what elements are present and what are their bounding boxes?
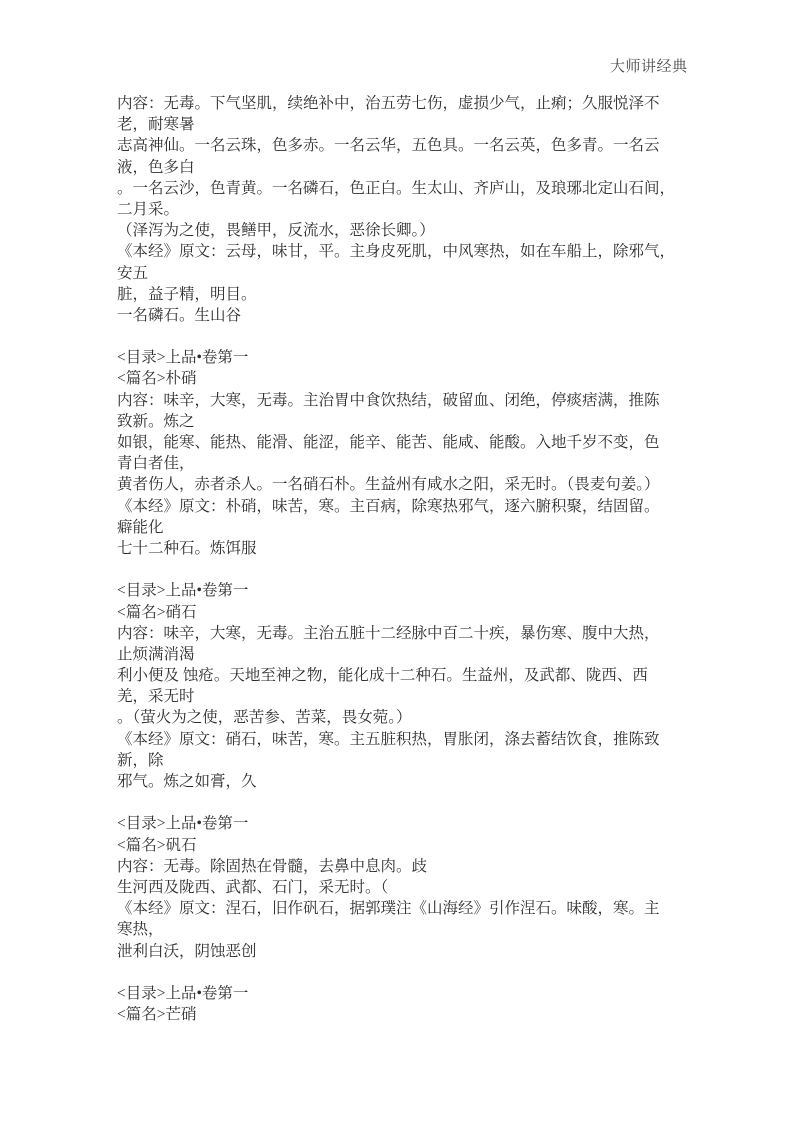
text-line: 脏，益子精，明目。 [117, 284, 689, 305]
section-toc-line: <目录>上品•卷第一 [117, 580, 689, 601]
text-line: 羌，采无时 [117, 686, 689, 707]
text-line: 志高神仙。一名云珠，色多赤。一名云华，五色具。一名云英，色多青。一名云 [117, 135, 689, 156]
section-title-line: <篇名>芒硝 [117, 1004, 689, 1025]
text-line: 《本经》原文：云母，味甘，平。主身皮死肌，中风寒热，如在车船上，除邪气， [117, 241, 689, 262]
section-title-line: <篇名>硝石 [117, 602, 689, 623]
text-line: 癖能化 [117, 517, 689, 538]
text-line: 。（萤火为之使，恶苦参、苦菜，畏女菀。） [117, 707, 689, 728]
text-line: 内容：无毒。下气坚肌，续绝补中，治五劳七伤，虚损少气，止痢；久服悦泽不 [117, 93, 689, 114]
text-line: 青白者佳， [117, 453, 689, 474]
text-line: （泽泻为之使，畏鳝甲，反流水，恶徐长卿。） [117, 220, 689, 241]
text-line: 泄利白沃，阴蚀恶创 [117, 941, 689, 962]
page-header-title: 大师讲经典 [610, 55, 688, 76]
section-title-line: <篇名>朴硝 [117, 368, 689, 389]
document-page: 大师讲经典 内容：无毒。下气坚肌，续绝补中，治五劳七伤，虚损少气，止痢；久服悦泽… [0, 0, 793, 1122]
text-line: 内容：无毒。除固热在骨髓，去鼻中息肉。歧 [117, 856, 689, 877]
text-line: 生河西及陇西、武都、石门，采无时。（ [117, 877, 689, 898]
section-toc-line: <目录>上品•卷第一 [117, 813, 689, 834]
blank-line [117, 962, 689, 983]
text-line: 寒热， [117, 919, 689, 940]
text-line: 邪气。炼之如膏，久 [117, 771, 689, 792]
text-line: 液，色多白 [117, 157, 689, 178]
text-line: 《本经》原文：硝石，味苦，寒。主五脏积热，胃胀闭，涤去蓄结饮食，推陈致 [117, 729, 689, 750]
section-toc-line: <目录>上品•卷第一 [117, 983, 689, 1004]
text-line: 新，除 [117, 750, 689, 771]
text-line: 《本经》原文：涅石，旧作矾石，据郭璞注《山海经》引作涅石。味酸，寒。主 [117, 898, 689, 919]
text-line: 二月采。 [117, 199, 689, 220]
blank-line [117, 559, 689, 580]
text-line: 如银，能寒、能热、能滑、能涩，能辛、能苦、能咸、能酸。入地千岁不变，色 [117, 432, 689, 453]
text-line: 一名磷石。生山谷 [117, 305, 689, 326]
text-line: 安五 [117, 263, 689, 284]
section-title-line: <篇名>矾石 [117, 835, 689, 856]
text-line: 内容：味辛，大寒，无毒。主治胃中食饮热结，破留血、闭绝，停痰痞满，推陈 [117, 390, 689, 411]
text-line: 。一名云沙，色青黄。一名磷石，色正白。生太山、齐庐山，及琅琊北定山石间， [117, 178, 689, 199]
blank-line [117, 326, 689, 347]
text-line: 黄者伤人，赤者杀人。一名硝石朴。生益州有咸水之阳，采无时。（畏麦句姜。） [117, 474, 689, 495]
text-line: 《本经》原文：朴硝，味苦，寒。主百病，除寒热邪气，逐六腑积聚，结固留。 [117, 496, 689, 517]
section-toc-line: <目录>上品•卷第一 [117, 347, 689, 368]
text-line: 致新。炼之 [117, 411, 689, 432]
text-line: 止烦满消渴 [117, 644, 689, 665]
text-line: 七十二种石。炼饵服 [117, 538, 689, 559]
document-body: 内容：无毒。下气坚肌，续绝补中，治五劳七伤，虚损少气，止痢；久服悦泽不 老，耐寒… [117, 93, 689, 1025]
text-line: 利小便及 蚀疮。天地至神之物，能化成十二种石。生益州，及武都、陇西、西 [117, 665, 689, 686]
text-line: 内容：味辛，大寒，无毒。主治五脏十二经脉中百二十疾，暴伤寒、腹中大热， [117, 623, 689, 644]
blank-line [117, 792, 689, 813]
text-line: 老，耐寒暑 [117, 114, 689, 135]
